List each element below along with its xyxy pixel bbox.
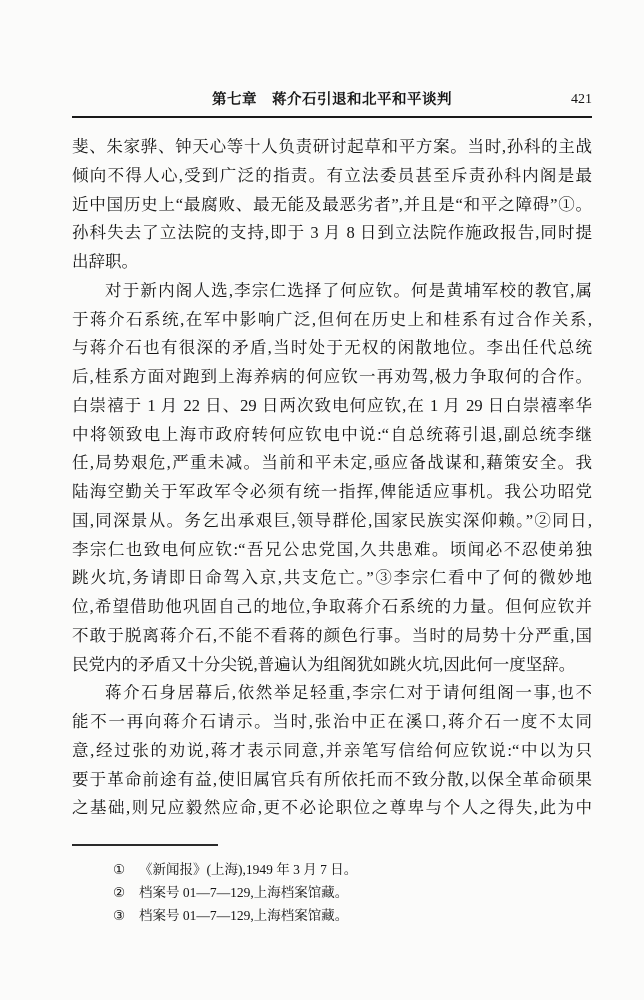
body-text: 斐、朱家骅、钟天心等十人负责研讨起草和平方案。当时,孙科的主战 倾向不得人心,受… bbox=[72, 133, 592, 823]
text-line: 近中国历史上“最腐败、最无能及最恶劣者”,并且是“和平之障碍”①。 bbox=[72, 191, 592, 220]
text-line: 蒋介石身居幕后,依然举足轻重,李宗仁对于请何组阁一事,也不 bbox=[72, 679, 592, 708]
text-line: 跳火坑,务请即日命驾入京,共支危亡。”③李宗仁看中了何的微妙地 bbox=[72, 564, 592, 593]
text-line: 位,希望借助他巩固自己的地位,争取蒋介石系统的力量。但何应钦并 bbox=[72, 593, 592, 622]
header-rule bbox=[72, 116, 592, 118]
text-line: 倾向不得人心,受到广泛的指责。有立法委员甚至斥责孙科内阁是最 bbox=[72, 162, 592, 191]
book-page: 第七章 蒋介石引退和北平和平谈判 421 斐、朱家骅、钟天心等十人负责研讨起草和… bbox=[0, 0, 644, 1000]
footnote-2: ② 档案号 01—7—129,上海档案馆藏。 bbox=[113, 881, 593, 904]
text-line: 出辞职。 bbox=[72, 248, 592, 277]
running-head: 第七章 蒋介石引退和北平和平谈判 421 bbox=[72, 90, 592, 110]
footnote-text: 档案号 01—7—129,上海档案馆藏。 bbox=[139, 881, 593, 904]
text-line: 孙科失去了立法院的支持,即于 3 月 8 日到立法院作施政报告,同时提 bbox=[72, 219, 592, 248]
text-line: 李宗仁也致电何应钦:“吾兄公忠党国,久共患难。顷闻必不忍使弟独 bbox=[72, 536, 592, 565]
chapter-title: 第七章 蒋介石引退和北平和平谈判 bbox=[72, 90, 592, 110]
text-line: 意,经过张的劝说,蒋才表示同意,并亲笔写信给何应钦说:“中以为只 bbox=[72, 737, 592, 766]
text-line: 陆海空勤关于军政军令必须有统一指挥,俾能适应事机。我公功昭党 bbox=[72, 478, 592, 507]
footnote-1: ① 《新闻报》(上海),1949 年 3 月 7 日。 bbox=[113, 858, 593, 881]
page-number: 421 bbox=[571, 90, 592, 110]
text-line: 之基础,则兄应毅然应命,更不必论职位之尊卑与个人之得失,此为中 bbox=[72, 794, 592, 823]
text-line: 不敢于脱离蒋介石,不能不看蒋的颜色行事。当时的局势十分严重,国 bbox=[72, 622, 592, 651]
footnotes: ① 《新闻报》(上海),1949 年 3 月 7 日。 ② 档案号 01—7—1… bbox=[113, 858, 593, 927]
text-line: 任,局势艰危,严重未减。当前和平未定,亟应备战谋和,藉策安全。我 bbox=[72, 449, 592, 478]
paragraph-3: 蒋介石身居幕后,依然举足轻重,李宗仁对于请何组阁一事,也不 能不一再向蒋介石请示… bbox=[72, 679, 592, 823]
text-line: 要于革命前途有益,使旧属官兵有所依托而不致分散,以保全革命硕果 bbox=[72, 766, 592, 795]
footnote-rule bbox=[72, 844, 218, 846]
footnote-marker: ③ bbox=[113, 904, 130, 927]
text-line: 后,桂系方面对跑到上海养病的何应钦一再劝驾,极力争取何的合作。 bbox=[72, 363, 592, 392]
footnote-text: 《新闻报》(上海),1949 年 3 月 7 日。 bbox=[139, 858, 593, 881]
paragraph-1: 斐、朱家骅、钟天心等十人负责研讨起草和平方案。当时,孙科的主战 倾向不得人心,受… bbox=[72, 133, 592, 277]
text-line: 斐、朱家骅、钟天心等十人负责研讨起草和平方案。当时,孙科的主战 bbox=[72, 133, 592, 162]
text-line: 国,同深景从。务乞出承艰巨,领导群伦,国家民族实深仰赖。”②同日, bbox=[72, 507, 592, 536]
footnote-marker: ② bbox=[113, 881, 130, 904]
text-line: 对于新内阁人选,李宗仁选择了何应钦。何是黄埔军校的教官,属 bbox=[72, 277, 592, 306]
text-line: 与蒋介石也有很深的矛盾,当时处于无权的闲散地位。李出任代总统 bbox=[72, 334, 592, 363]
paragraph-2: 对于新内阁人选,李宗仁选择了何应钦。何是黄埔军校的教官,属 于蒋介石系统,在军中… bbox=[72, 277, 592, 680]
footnote-marker: ① bbox=[113, 858, 130, 881]
text-line: 中将领致电上海市政府转何应钦电中说:“自总统蒋引退,副总统李继 bbox=[72, 421, 592, 450]
text-line: 民党内的矛盾又十分尖锐,普遍认为组阁犹如跳火坑,因此何一度坚辞。 bbox=[72, 651, 592, 680]
text-line: 白崇禧于 1 月 22 日、29 日两次致电何应钦,在 1 月 29 日白崇禧率… bbox=[72, 392, 592, 421]
text-line: 能不一再向蒋介石请示。当时,张治中正在溪口,蒋介石一度不太同 bbox=[72, 708, 592, 737]
text-line: 于蒋介石系统,在军中影响广泛,但何在历史上和桂系有过合作关系, bbox=[72, 306, 592, 335]
footnote-text: 档案号 01—7—129,上海档案馆藏。 bbox=[139, 904, 593, 927]
footnote-3: ③ 档案号 01—7—129,上海档案馆藏。 bbox=[113, 904, 593, 927]
